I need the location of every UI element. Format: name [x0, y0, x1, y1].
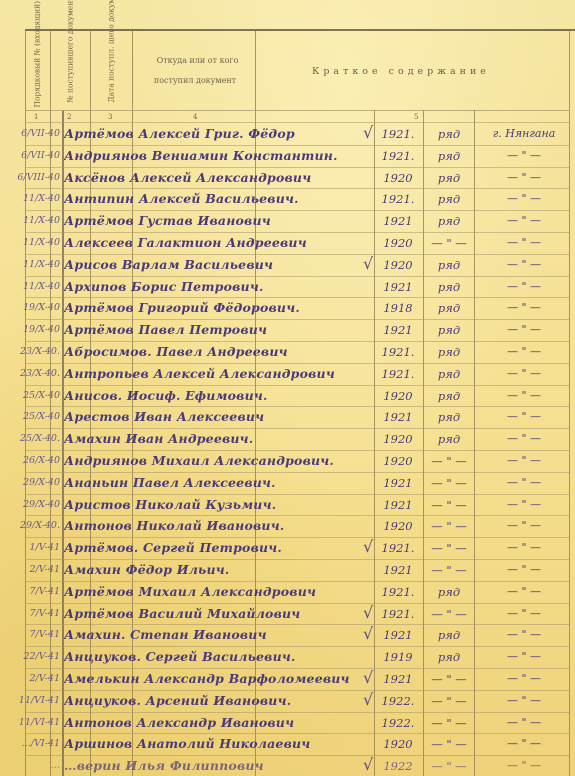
table-row: 2/V-41Амелькин Александр Варфоломеевич19… [0, 668, 575, 690]
entry-date: 11/X-40 [2, 276, 62, 298]
header-col1: Порядковый № (входящий) [33, 28, 42, 108]
entry-date: 11/X-40 [2, 254, 62, 276]
entry-place: — " — [478, 668, 570, 690]
entry-status: ряд [425, 646, 473, 668]
entry-name: Амахин. Степан Иванович [64, 624, 370, 646]
entry-date: 23/X-40. [2, 363, 62, 385]
entry-year: 1920 [376, 254, 420, 276]
header-col3: Дата поступл. шего документа [107, 33, 116, 103]
table-row: 11/X-40Антипин Алексей Васильевич.1921.р… [0, 188, 575, 210]
entry-date: 29/X-40. [2, 515, 62, 537]
entry-status: — " — [425, 690, 473, 712]
entry-name: Амелькин Александр Варфоломеевич [64, 668, 370, 690]
entry-status: — " — [425, 603, 473, 625]
entry-year: 1921. [376, 363, 420, 385]
entry-year: 1920 [376, 733, 420, 755]
entry-place: — " — [478, 537, 570, 559]
table-row: 6/VII-40Андриянов Вениамин Константин.19… [0, 145, 575, 167]
entry-status: ряд [425, 167, 473, 189]
entry-place: г. Нянгана [478, 123, 570, 145]
entry-year: 1921. [376, 123, 420, 145]
table-row: 2/V-41Амахин Фёдор Ильич.1921— " —— " — [0, 559, 575, 581]
entry-name: Архипов Борис Петрович. [64, 276, 370, 298]
entry-name: Анциуков. Арсений Иванович. [64, 690, 370, 712]
entry-status: — " — [425, 472, 473, 494]
entry-date: 11/VI-41 [2, 690, 62, 712]
table-row: 22/V-41Анциуков. Сергей Васильевич.1919р… [0, 646, 575, 668]
entry-name: Абросимов. Павел Андреевич [64, 341, 370, 363]
entry-year: 1920 [376, 385, 420, 407]
entry-year: 1921. [376, 537, 420, 559]
entry-date: 7/V-41 [2, 624, 62, 646]
entry-year: 1921. [376, 145, 420, 167]
entry-date: 19/X-40 [2, 319, 62, 341]
entry-name: Арисов Варлам Васильевич [64, 254, 370, 276]
entry-date: 25/X-40. [2, 428, 62, 450]
entry-status: ряд [425, 581, 473, 603]
entry-year: 1922 [376, 755, 420, 776]
entry-place: — " — [478, 472, 570, 494]
entry-place: — " — [478, 145, 570, 167]
entry-year: 1922. [376, 712, 420, 734]
checkmark-icon: √ [363, 254, 373, 273]
header-col5: Краткое содержание [312, 66, 490, 77]
table-row: 7/V-41Артёмов Василий Михайлович1921.— "… [0, 603, 575, 625]
checkmark-icon: √ [363, 123, 373, 142]
entry-year: 1921 [376, 668, 420, 690]
header-col2: № поступившего документа [66, 33, 75, 103]
entry-place: — " — [478, 167, 570, 189]
table-row: 11/X-40Архипов Борис Петрович.1921ряд— "… [0, 276, 575, 298]
entry-date: 25/X-40 [2, 406, 62, 428]
entry-place: — " — [478, 733, 570, 755]
header-col4-line1: Откуда или от кого [140, 56, 255, 65]
entry-place: — " — [478, 363, 570, 385]
entry-status: — " — [425, 537, 473, 559]
entry-place: — " — [478, 690, 570, 712]
entry-year: 1921 [376, 624, 420, 646]
entry-date: 11/X-40 [2, 188, 62, 210]
entry-place: — " — [478, 297, 570, 319]
entry-status: ряд [425, 297, 473, 319]
column-number: 2 [67, 113, 71, 121]
column-number: 5 [414, 113, 418, 121]
entry-date: 7/V-41 [2, 603, 62, 625]
table-row: 11/X-40Арисов Варлам Васильевич1920ряд— … [0, 254, 575, 276]
table-row: 11/VI-41Анциуков. Арсений Иванович.1922.… [0, 690, 575, 712]
entry-date: 22/V-41 [2, 646, 62, 668]
entry-name: Артёмов Михаил Александрович [64, 581, 370, 603]
entry-year: 1922. [376, 690, 420, 712]
entry-status: ряд [425, 406, 473, 428]
entry-status: — " — [425, 733, 473, 755]
entry-date: 2/V-41 [2, 559, 62, 581]
table-row: 29/X-40.Антонов Николай Иванович.1920— "… [0, 515, 575, 537]
entry-status: ряд [425, 428, 473, 450]
entry-date: 29/X-40 [2, 494, 62, 516]
entry-name: Арестов Иван Алексеевич [64, 406, 370, 428]
table-row: 6/VIII-40Аксёнов Алексей Александрович19… [0, 167, 575, 189]
entry-status: — " — [425, 559, 473, 581]
entry-name: Артёмов Густав Иванович [64, 210, 370, 232]
entry-year: 1919 [376, 646, 420, 668]
entry-name: Амахин Фёдор Ильич. [64, 559, 370, 581]
entry-status: ряд [425, 210, 473, 232]
entry-place: — " — [478, 406, 570, 428]
entry-name: Артёмов Павел Петрович [64, 319, 370, 341]
entry-date: 6/VIII-40 [2, 167, 62, 189]
entry-place: — " — [478, 385, 570, 407]
entry-place: — " — [478, 712, 570, 734]
entry-place: — " — [478, 210, 570, 232]
header-bottom-rule [25, 110, 570, 111]
entry-name: Амахин Иван Андреевич. [64, 428, 370, 450]
entry-date: 23/X-40. [2, 341, 62, 363]
entry-name: Антонов Николай Иванович. [64, 515, 370, 537]
table-row: 23/X-40.Антропьев Алексей Александрович1… [0, 363, 575, 385]
entry-year: 1918 [376, 297, 420, 319]
entry-year: 1921. [376, 188, 420, 210]
entry-year: 1921 [376, 559, 420, 581]
table-row: 29/X-40Аристов Николай Кузьмич.1921— " —… [0, 494, 575, 516]
table-row: 19/X-40Артёмов Павел Петрович1921ряд— " … [0, 319, 575, 341]
entry-name: Аксёнов Алексей Александрович [64, 167, 370, 189]
entry-year: 1920 [376, 428, 420, 450]
entry-name: Артёмов. Сергей Петрович. [64, 537, 370, 559]
entry-date: 11/X-40 [2, 232, 62, 254]
entry-date: … [2, 755, 62, 776]
checkmark-icon: √ [363, 755, 373, 774]
table-row: 25/X-40.Амахин Иван Андреевич.1920ряд— "… [0, 428, 575, 450]
table-row: 6/VII-40Артёмов Алексей Григ. Фёдор1921.… [0, 123, 575, 145]
table-row: 11/X-40Артёмов Густав Иванович1921ряд— "… [0, 210, 575, 232]
entry-name: Антропьев Алексей Александрович [64, 363, 370, 385]
table-row: 29/X-40Ананьин Павел Алексеевич.1921— " … [0, 472, 575, 494]
table-row: 19/X-40Артёмов Григорий Фёдорович.1918ря… [0, 297, 575, 319]
entry-year: 1920 [376, 450, 420, 472]
entry-year: 1921 [376, 494, 420, 516]
entry-status: ряд [425, 123, 473, 145]
table-row: 11/VI-41Антонов Александр Иванович1922.—… [0, 712, 575, 734]
entry-status: ряд [425, 363, 473, 385]
entry-status: ряд [425, 319, 473, 341]
entry-place: — " — [478, 494, 570, 516]
entry-place: — " — [478, 755, 570, 776]
table-row: 7/V-41Артёмов Михаил Александрович1921.р… [0, 581, 575, 603]
entry-date: 2/V-41 [2, 668, 62, 690]
entry-status: — " — [425, 755, 473, 776]
table-row: 11/X-40Алексеев Галактион Андреевич1920—… [0, 232, 575, 254]
entry-year: 1920 [376, 515, 420, 537]
entry-name: Артёмов Григорий Фёдорович. [64, 297, 370, 319]
entry-name: Анциуков. Сергей Васильевич. [64, 646, 370, 668]
entry-name: …верин Илья Филиппович [64, 755, 370, 776]
entry-place: — " — [478, 188, 570, 210]
entry-name: Артёмов Алексей Григ. Фёдор [64, 123, 370, 145]
entry-date: 11/VI-41 [2, 712, 62, 734]
entry-place: — " — [478, 232, 570, 254]
entry-place: — " — [478, 450, 570, 472]
entry-place: — " — [478, 646, 570, 668]
entry-status: — " — [425, 450, 473, 472]
header-col4-line2: поступил документ [140, 76, 250, 85]
entry-date: 6/VII-40 [2, 123, 62, 145]
entry-year: 1921 [376, 276, 420, 298]
document-page: Порядковый № (входящий) № поступившего д… [0, 0, 575, 776]
column-number: 4 [193, 113, 197, 121]
checkmark-icon: √ [363, 603, 373, 622]
entry-date: …/VI-41 [2, 733, 62, 755]
checkmark-icon: √ [363, 537, 373, 556]
entry-name: Андриянов Вениамин Константин. [64, 145, 370, 167]
entry-date: 11/X-40 [2, 210, 62, 232]
entry-year: 1920 [376, 167, 420, 189]
entry-year: 1921 [376, 319, 420, 341]
table-row: ……верин Илья Филиппович1922— " —— " —√ [0, 755, 575, 776]
column-number: 1 [34, 113, 38, 121]
entry-name: Анисов. Иосиф. Ефимович. [64, 385, 370, 407]
entry-name: Ананьин Павел Алексеевич. [64, 472, 370, 494]
entry-date: 19/X-40 [2, 297, 62, 319]
entry-date: 6/VII-40 [2, 145, 62, 167]
entry-status: ряд [425, 276, 473, 298]
table-row: 26/X-40Андриянов Михаил Александрович.19… [0, 450, 575, 472]
entry-status: ряд [425, 385, 473, 407]
entry-name: Алексеев Галактион Андреевич [64, 232, 370, 254]
table-row: 7/V-41Амахин. Степан Иванович1921ряд— " … [0, 624, 575, 646]
entry-place: — " — [478, 559, 570, 581]
entry-name: Антипин Алексей Васильевич. [64, 188, 370, 210]
table-row: …/VI-41Аршинов Анатолий Николаевич1920— … [0, 733, 575, 755]
checkmark-icon: √ [363, 690, 373, 709]
entry-place: — " — [478, 428, 570, 450]
entry-name: Аршинов Анатолий Николаевич [64, 733, 370, 755]
entry-place: — " — [478, 254, 570, 276]
entry-status: ряд [425, 341, 473, 363]
entry-place: — " — [478, 276, 570, 298]
table-row: 23/X-40.Абросимов. Павел Андреевич1921.р… [0, 341, 575, 363]
checkmark-icon: √ [363, 668, 373, 687]
entry-status: — " — [425, 712, 473, 734]
entry-year: 1920 [376, 232, 420, 254]
entry-place: — " — [478, 319, 570, 341]
entry-date: 26/X-40 [2, 450, 62, 472]
entry-status: — " — [425, 668, 473, 690]
table-row: 25/X-40Анисов. Иосиф. Ефимович.1920ряд— … [0, 385, 575, 407]
entry-place: — " — [478, 581, 570, 603]
entry-year: 1921. [376, 581, 420, 603]
entry-status: — " — [425, 494, 473, 516]
entry-status: — " — [425, 515, 473, 537]
entry-place: — " — [478, 624, 570, 646]
entry-year: 1921. [376, 341, 420, 363]
entry-year: 1921 [376, 210, 420, 232]
entry-date: 25/X-40 [2, 385, 62, 407]
entry-status: — " — [425, 232, 473, 254]
entry-place: — " — [478, 341, 570, 363]
entry-place: — " — [478, 603, 570, 625]
checkmark-icon: √ [363, 624, 373, 643]
entry-status: ряд [425, 145, 473, 167]
table-row: 1/V-41Артёмов. Сергей Петрович.1921.— " … [0, 537, 575, 559]
table-row: 25/X-40Арестов Иван Алексеевич1921ряд— "… [0, 406, 575, 428]
entry-name: Антонов Александр Иванович [64, 712, 370, 734]
entry-year: 1921. [376, 603, 420, 625]
column-number: 3 [108, 113, 112, 121]
entry-status: ряд [425, 188, 473, 210]
entry-name: Артёмов Василий Михайлович [64, 603, 370, 625]
entry-name: Аристов Николай Кузьмич. [64, 494, 370, 516]
entry-year: 1921 [376, 406, 420, 428]
entry-status: ряд [425, 624, 473, 646]
entry-date: 7/V-41 [2, 581, 62, 603]
entry-status: ряд [425, 254, 473, 276]
entry-year: 1921 [376, 472, 420, 494]
entry-name: Андриянов Михаил Александрович. [64, 450, 370, 472]
entry-place: — " — [478, 515, 570, 537]
entry-date: 1/V-41 [2, 537, 62, 559]
entry-date: 29/X-40 [2, 472, 62, 494]
